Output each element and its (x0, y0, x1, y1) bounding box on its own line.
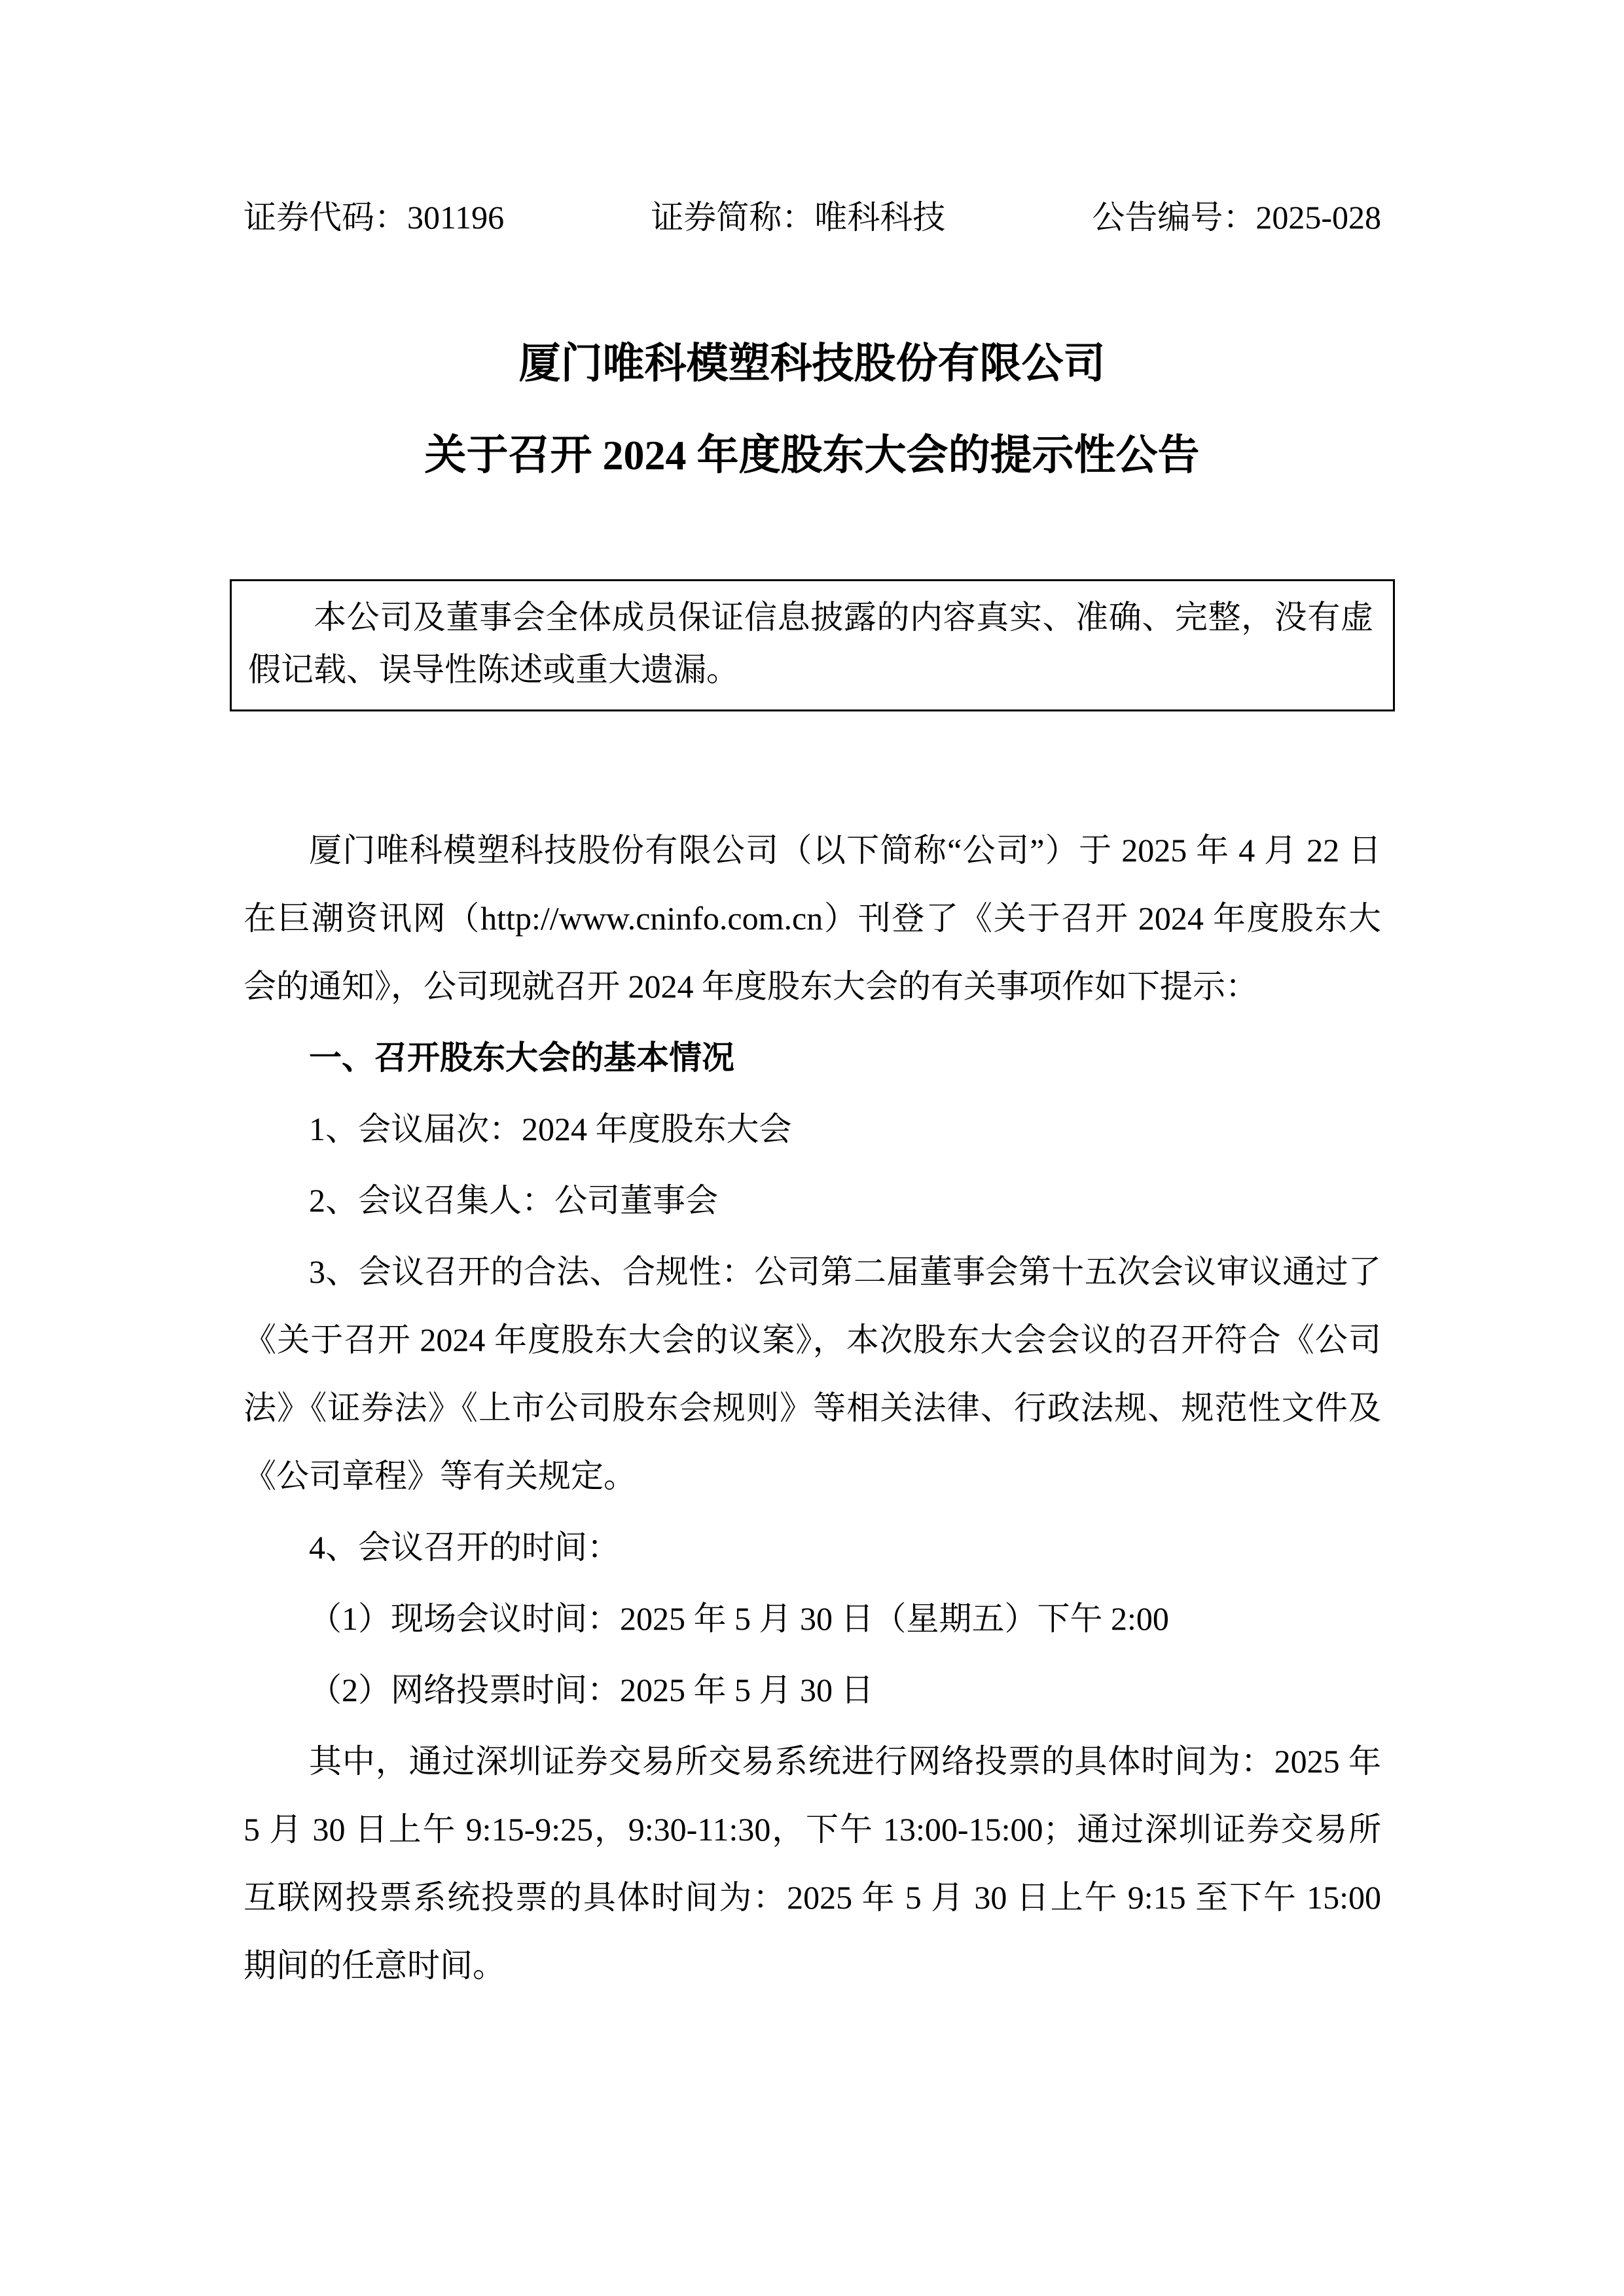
announcement-number: 公告编号：2025-028 (1092, 200, 1381, 236)
stock-code: 证券代码：301196 (244, 200, 504, 236)
section1-heading: 一、召开股东大会的基本情况 (244, 1024, 1381, 1092)
stock-abbr: 证券简称：唯科科技 (651, 200, 945, 236)
company-name-title: 厦门唯科模塑科技股份有限公司 (0, 334, 1624, 394)
disclaimer-text: 本公司及董事会全体成员保证信息披露的内容真实、准确、完整，没有虚假记载、误导性陈… (248, 591, 1373, 696)
item-meeting-convener: 2、会议召集人：公司董事会 (244, 1166, 1381, 1234)
document-page: 证券代码：301196 证券简称：唯科科技 公告编号：2025-028 厦门唯科… (0, 0, 1624, 2296)
disclaimer-box: 本公司及董事会全体成员保证信息披露的内容真实、准确、完整，没有虚假记载、误导性陈… (230, 579, 1395, 711)
item-meeting-time: 4、会议召开的时间： (244, 1513, 1381, 1581)
voting-time-details: 其中，通过深圳证券交易所交易系统进行网络投票的具体时间为：2025 年 5 月 … (244, 1727, 1381, 2000)
document-header: 证券代码：301196 证券简称：唯科科技 公告编号：2025-028 (0, 0, 1624, 236)
item-online-voting-time: （2）网络投票时间：2025 年 5 月 30 日 (244, 1656, 1381, 1724)
item-meeting-legality: 3、会议召开的合法、合规性：公司第二届董事会第十五次会议审议通过了《关于召开 2… (244, 1238, 1381, 1510)
document-body: 厦门唯科模塑科技股份有限公司（以下简称“公司”）于 2025 年 4 月 22 … (0, 711, 1624, 2000)
announcement-title: 关于召开 2024 年度股东大会的提示性公告 (0, 425, 1624, 486)
intro-paragraph: 厦门唯科模塑科技股份有限公司（以下简称“公司”）于 2025 年 4 月 22 … (244, 816, 1381, 1020)
item-onsite-meeting-time: （1）现场会议时间：2025 年 5 月 30 日（星期五）下午 2:00 (244, 1585, 1381, 1653)
item-meeting-session: 1、会议届次：2024 年度股东大会 (244, 1095, 1381, 1163)
